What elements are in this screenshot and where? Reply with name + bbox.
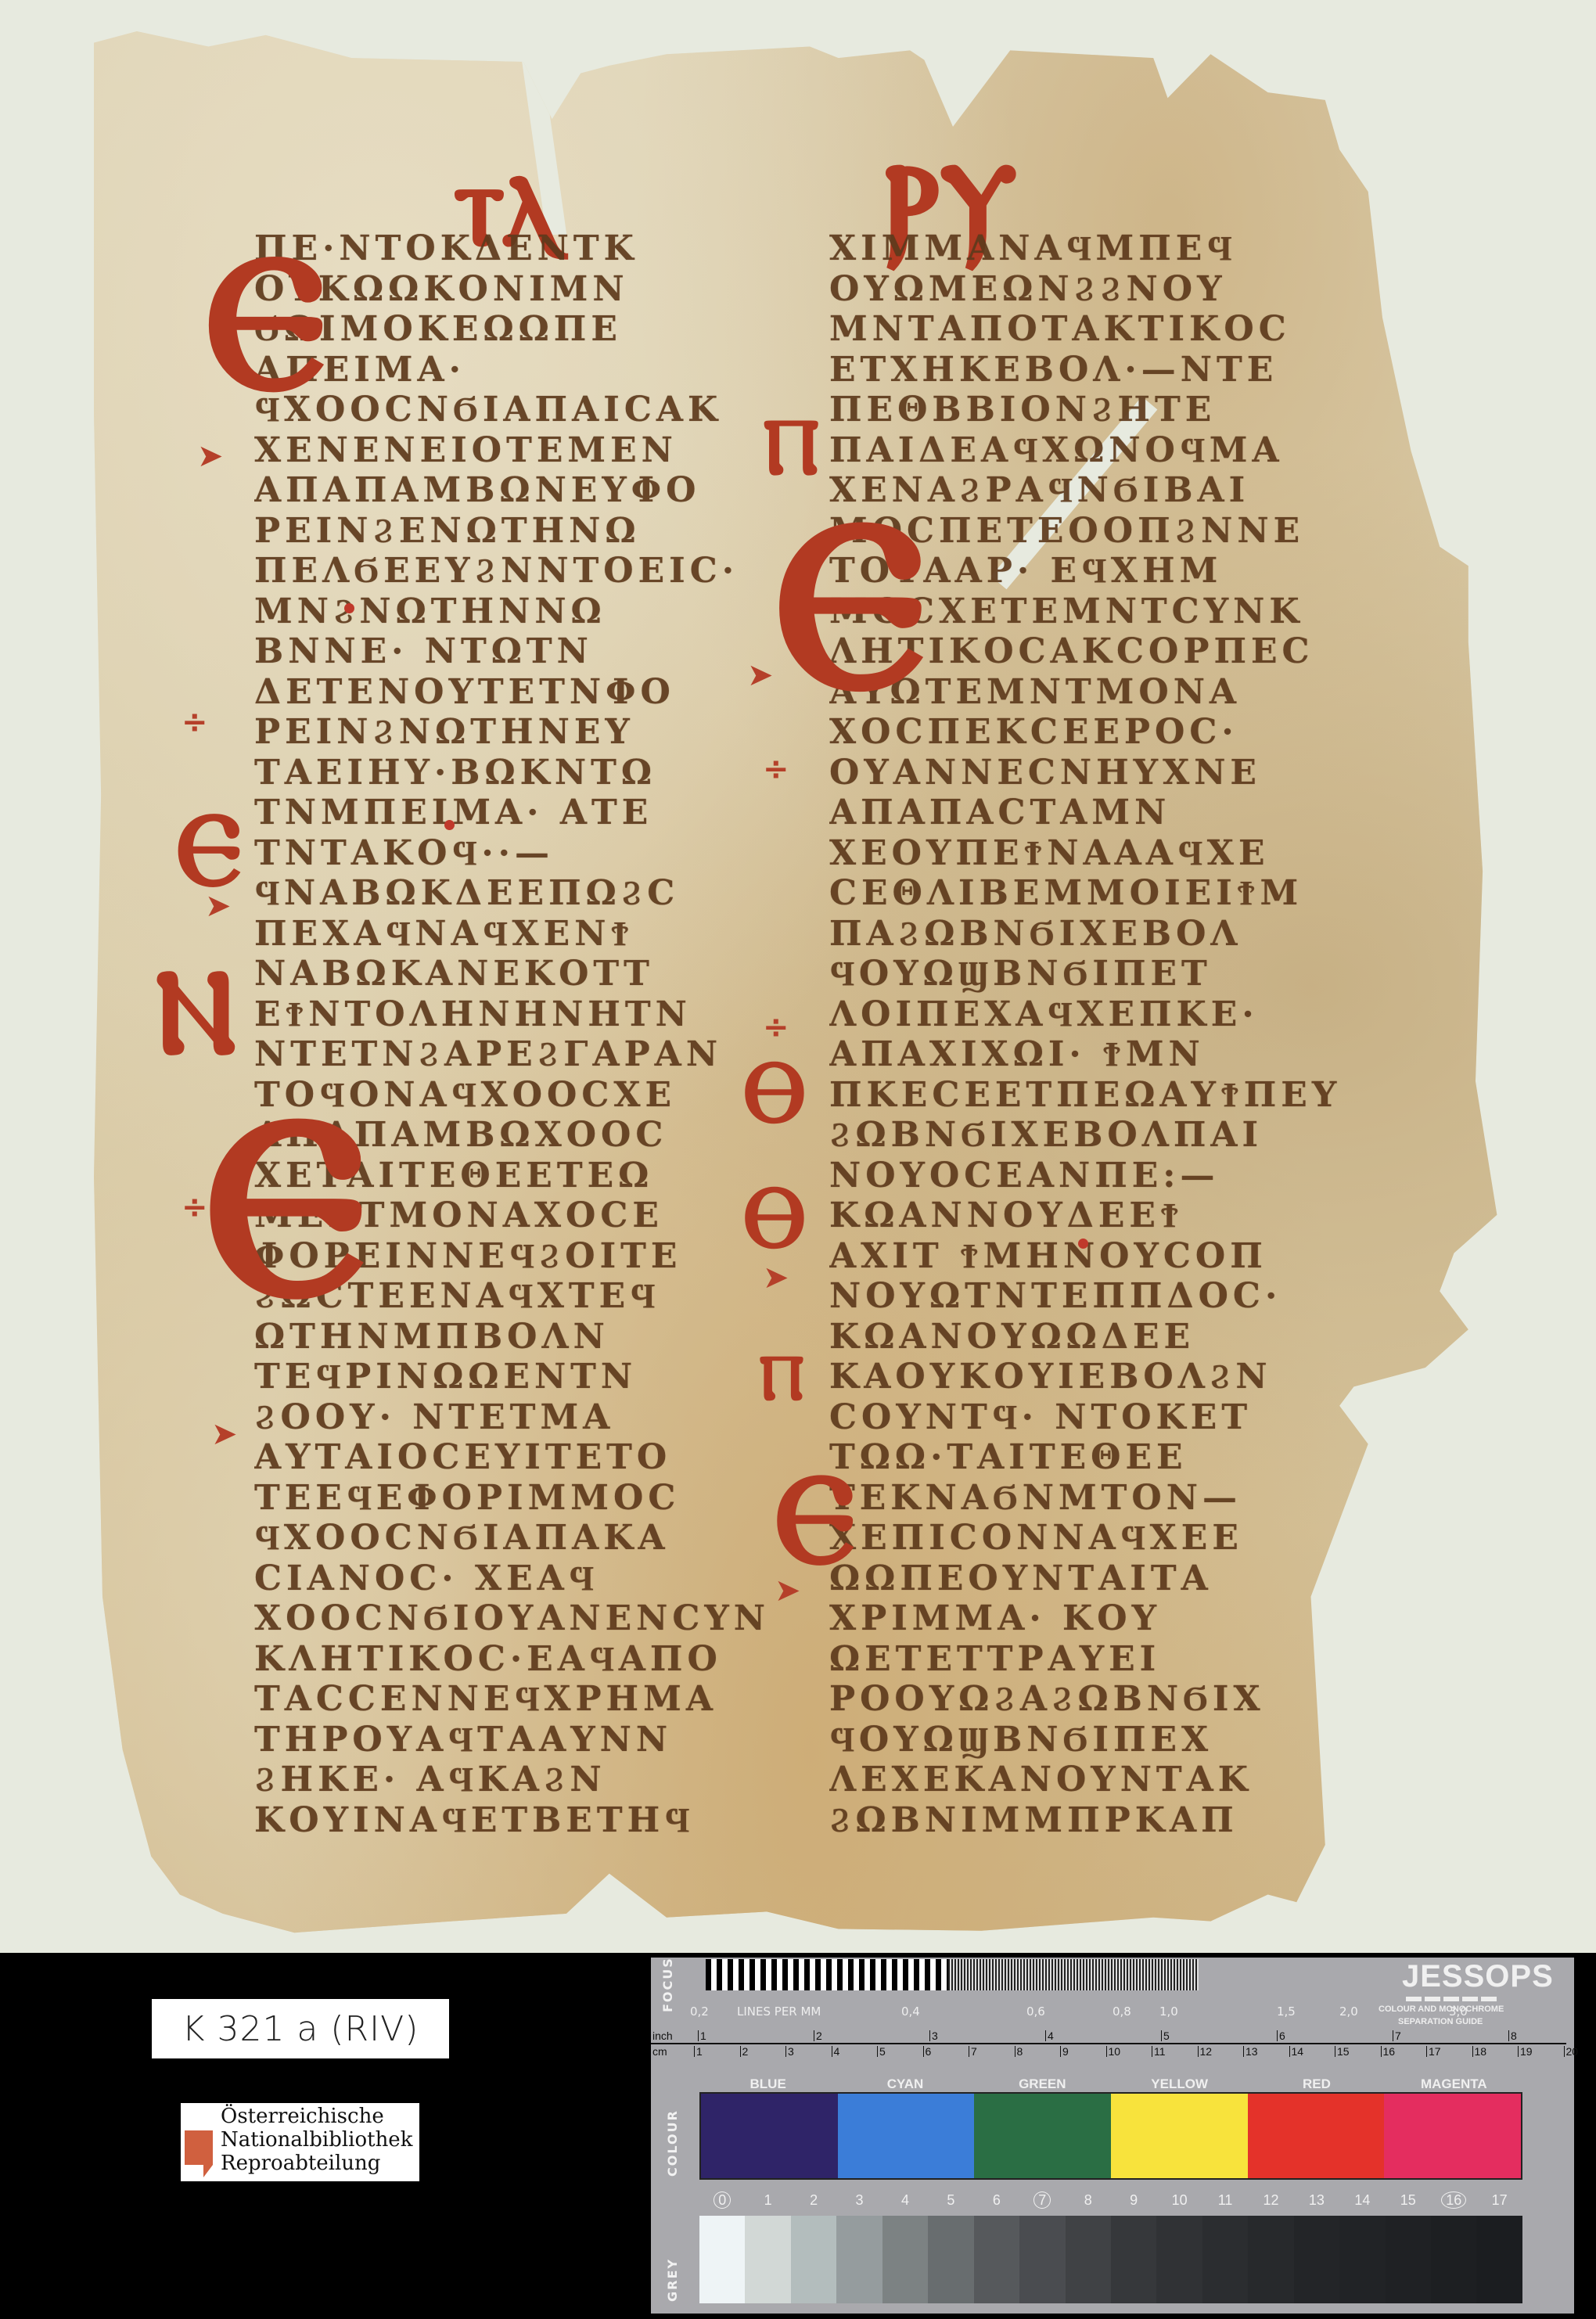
grey-step [1202, 2216, 1248, 2303]
inch-tick: 2 [814, 2030, 822, 2041]
cm-tick: 13 [1243, 2046, 1258, 2057]
manuscript-line: ϤΧΟΟϹΝϬΙΑΠΑΙϹΑΚ [254, 390, 786, 430]
grey-step-number: 17 [1492, 2192, 1508, 2208]
manuscript-line: ϤΟΥΩϢΒΝϬΙΠΕΧ [829, 1720, 1369, 1760]
cm-tick: 11 [1152, 2046, 1166, 2057]
manuscript-line: ϹΕΘΛΙΒΕΜΜΟΙΕΙϮΜ [829, 873, 1369, 914]
manuscript-line: ΟΥΚΩΩΚΟΝΙΜΝ [254, 269, 786, 310]
grey-step [1386, 2216, 1431, 2303]
colour-patch-label: RED [1248, 2076, 1385, 2092]
manuscript-line: ΕΤΧΗΚΕΒΟΛ·—ΝΤΕ [829, 350, 1369, 390]
manuscript-line: ϤΝΑΒΩΚΔΕΕΠΩϨϹ [254, 873, 786, 914]
grey-step-label: 9 [1111, 2192, 1156, 2209]
focus-tick-label: 1,5 [1277, 2004, 1296, 2019]
grey-step-label: 11 [1202, 2192, 1248, 2209]
manuscript-line: ΤΕΕϤΕΦΟΡΙΜΜΟϹ [254, 1478, 786, 1519]
manuscript-line: ΡΕΙΝϨΝΩΤΗΝΕΥ [254, 712, 786, 753]
brand-logo: JESSOPS [1402, 1959, 1554, 1994]
rubric-marker: ➤ [747, 657, 774, 693]
colour-patch-magenta [1384, 2094, 1521, 2178]
manuscript-line: ΠΚΕϹΕΕΤΠΕΩΑΥϮΠΕΥ [829, 1075, 1369, 1116]
manuscript-line: ΤΝΤΑΚΟϤ··— [254, 833, 786, 874]
manuscript-line: ΚΟΥΙΝΑϤΕΤΒΕΤΗϤ [254, 1800, 786, 1841]
grey-step-number: 3 [856, 2192, 864, 2208]
manuscript-line: ΛΕΧΕΚΑΝΟΥΝΤΑΚ [829, 1760, 1369, 1800]
colour-patch-yellow [1111, 2094, 1248, 2178]
cm-tick: 9 [1060, 2046, 1069, 2057]
manuscript-line: ΠΕΛϬΕΕΥϨΝΝΤΟΕΙϹ· [254, 551, 786, 591]
manuscript-line: ΧΕΟΥΠΕϮΝΑΑΑϤΧΕ [829, 833, 1369, 874]
grey-step-label: 2 [791, 2192, 836, 2209]
grey-step-label: 16 [1431, 2192, 1476, 2209]
rubric-marker: ÷ [182, 1189, 208, 1225]
grey-step-number: 4 [901, 2192, 909, 2208]
shelfmark-text: K 321 a (RIV) [182, 2009, 419, 2049]
focus-tick-label: 0,8 [1113, 2004, 1131, 2019]
grey-step [1431, 2216, 1476, 2303]
manuscript-line: ΚΩΑΝΝΟΥΔΕΕϮ [829, 1195, 1369, 1236]
manuscript-line: ϬΩΙΜΟΚΕΩΩΠΕ [254, 309, 786, 350]
grey-step [745, 2216, 790, 2303]
manuscript-line: ΑΠΕΙΜΑ· [254, 350, 786, 390]
initial-2: Ⲉ [176, 798, 242, 900]
rubric-marker: ÷ [763, 1009, 789, 1045]
library-name: Österreichische Nationalbibliothek Repro… [221, 2105, 412, 2175]
grey-step-number: 10 [1172, 2192, 1188, 2208]
rubric-marker: ÷ [763, 751, 789, 787]
manuscript-line: ΕϮΝΤΟΛΗΝΗΝΗΤΝ [254, 994, 786, 1035]
colour-patch-green [974, 2094, 1111, 2178]
manuscript-line: ΤΕΚΝΑϬΝΜΤΟΝ— [829, 1478, 1369, 1519]
colour-patches [699, 2092, 1522, 2180]
grey-step-label: 10 [1156, 2192, 1202, 2209]
brand-subtitle-1: COLOUR AND MONOCHROME [1379, 2004, 1504, 2014]
initial-6: Ⲉ [775, 485, 926, 720]
rubric-marker: ➤ [211, 1416, 238, 1452]
inch-tick: 3 [929, 2030, 938, 2041]
grey-step [1294, 2216, 1339, 2303]
cm-label: cm [651, 2046, 667, 2057]
cm-tick: 3 [785, 2046, 794, 2057]
focus-tick-label: 1,0 [1159, 2004, 1178, 2019]
cm-tick: 7 [969, 2046, 977, 2057]
grey-step [928, 2216, 973, 2303]
inch-tick: 6 [1277, 2030, 1285, 2041]
ruler-line [651, 2043, 1566, 2044]
inch-tick: 5 [1161, 2030, 1170, 2041]
manuscript-line: ΤΑΕΙΗΥ·ΒΩΚΝΤΩ [254, 753, 786, 793]
initial-9: Ⲡ [759, 1346, 804, 1408]
library-logo-icon [185, 2130, 213, 2177]
grey-step-number: 2 [810, 2192, 818, 2208]
grey-step [1019, 2216, 1065, 2303]
grey-step-label: 8 [1066, 2192, 1111, 2209]
shelfmark-label: K 321 a (RIV) [152, 1999, 449, 2058]
grey-step-number: 1 [764, 2192, 772, 2208]
manuscript-line: ΑΠΑΠΑϹΤΑΜΝ [829, 793, 1369, 833]
cm-tick: 19 [1518, 2046, 1533, 2057]
cm-tick: 10 [1106, 2046, 1121, 2057]
library-name-line3: Reproabteilung [221, 2152, 412, 2175]
manuscript-line: ϨΩΒΝϬΙΧΕΒΟΛΠΑΙ [829, 1115, 1369, 1156]
grey-step-labels: 01234567891011121314151617 [699, 2192, 1522, 2209]
grey-step [791, 2216, 836, 2303]
manuscript-line: ΜΝϨΝΩΤΗΝΝΩ [254, 591, 786, 632]
manuscript-line: ΧΟΟϹΝϬΙΟΥΑΝΕΝϹΥΝ [254, 1598, 786, 1639]
library-name-line2: Nationalbibliothek [221, 2128, 412, 2152]
inch-tick: 4 [1045, 2030, 1054, 2041]
cm-tick: 12 [1198, 2046, 1213, 2057]
manuscript-line: ϹΙΑΝΟϹ· ΧΕΑϤ [254, 1559, 786, 1599]
inch-tick: 1 [698, 2030, 706, 2041]
cm-tick: 16 [1381, 2046, 1396, 2057]
grey-step-label: 4 [882, 2192, 928, 2209]
grey-scale [699, 2216, 1522, 2303]
manuscript-line: ΡΟΟΥΩϨΑϨΩΒΝϬΙΧ [829, 1679, 1369, 1720]
grey-step [1476, 2216, 1522, 2303]
manuscript-line: ΡΕΙΝϨΕΝΩΤΗΝΩ [254, 511, 786, 552]
colour-patch-red [1248, 2094, 1385, 2178]
cm-tick: 1 [694, 2046, 703, 2057]
manuscript-line: ΜΝΤΑΠΟΤΑΚΤΙΚΟϹ [829, 309, 1369, 350]
measurement-ruler: inch12345678cm 1234567891011121314151617… [651, 2032, 1574, 2063]
manuscript-line: ΤΩΩ·ΤΑΙΤΕΘΕΕ [829, 1437, 1369, 1478]
grey-step-label: 13 [1294, 2192, 1339, 2209]
colour-patch-label: CYAN [836, 2076, 973, 2092]
rubric-marker: ÷ [182, 704, 208, 740]
manuscript-line: ΛΟΙΠΕΧΑϤΧΕΠΚΕ· [829, 994, 1369, 1035]
grey-step-label: 3 [836, 2192, 882, 2209]
grey-step [1066, 2216, 1111, 2303]
cm-tick: 18 [1472, 2046, 1487, 2057]
grey-step [1339, 2216, 1385, 2303]
grey-label: GREY [665, 2258, 680, 2302]
cm-tick: 15 [1335, 2046, 1350, 2057]
inch-tick: 7 [1393, 2030, 1401, 2041]
manuscript-line: ΚΩΑΝΟΥΩΩΔΕΕ [829, 1317, 1369, 1357]
colour-patch-label: YELLOW [1111, 2076, 1248, 2092]
focus-tick-label: 0,4 [901, 2004, 920, 2019]
grey-step [882, 2216, 928, 2303]
grey-step-number: 5 [947, 2192, 954, 2208]
grey-step-number: 12 [1263, 2192, 1278, 2208]
rubric-marker: ➤ [763, 1260, 789, 1296]
manuscript-line: ΑΠΑΠΑΜΒΩΝΕΥΦΟ [254, 470, 786, 511]
manuscript-line: ΠΕΘΒΒΙΟΝϨΗΤΕ [829, 390, 1369, 430]
grey-step-number: 9 [1130, 2192, 1138, 2208]
manuscript-line: ΑΧΙΤ ϮΜΗΝΟΥϹΟΠ [829, 1236, 1369, 1277]
grey-step-number: 8 [1084, 2192, 1092, 2208]
initial-4: Ⲉ [205, 1080, 367, 1330]
rubric-marker: ➤ [775, 1573, 801, 1609]
grey-step [699, 2216, 745, 2303]
manuscript-line: ΤΑϹϹΕΝΝΕϤΧΡΗΜΑ [254, 1679, 786, 1720]
colour-patch-label: BLUE [699, 2076, 836, 2092]
manuscript-line: ϹΟΥΝΤϤ· ΝΤΟΚΕΤ [829, 1397, 1369, 1438]
initial-10: Ⲉ [775, 1455, 856, 1580]
grey-step-label: 6 [974, 2192, 1019, 2209]
manuscript-line: ΠΕΧΑϤΝΑϤΧΕΝϮ [254, 914, 786, 955]
rubric-marker: ➤ [205, 888, 232, 924]
manuscript-line: ΔΕΤΕΝΟΥΤΕΤΝΦΟ [254, 672, 786, 713]
manuscript-line: ΚΑΟΥΚΟΥΙΕΒΟΛϨΝ [829, 1357, 1369, 1397]
manuscript-line: ΤΝΜΠΕΙΜΑ· ΑΤΕ [254, 793, 786, 833]
grey-step-label: 15 [1386, 2192, 1431, 2209]
manuscript-line: ϨΟΟΥ· ΝΤΕΤΜΑ [254, 1397, 786, 1438]
manuscript-line: ΠΕ·ΝΤΟΚΔΕΝΤΚ [254, 228, 786, 269]
rubric-dot [344, 603, 354, 613]
manuscript-line: ΩΕΤΕΤΤΡΑΥΕΙ [829, 1639, 1369, 1680]
initial-7: Ⲑ [743, 1048, 806, 1134]
manuscript-line: ΟΥΩΜΕΩΝϨϨΝΟΥ [829, 269, 1369, 310]
initial-1: Ⲉ [205, 227, 326, 415]
manuscript-line: ΤΕϤΡΙΝΩΩΕΝΤΝ [254, 1357, 786, 1397]
rubric-dot [444, 820, 455, 830]
manuscript-line: ΧΙΜΜΑΝΑϤΜΠΕϤ [829, 228, 1369, 269]
inch-tick: 8 [1508, 2030, 1517, 2041]
manuscript-line: ΠΑϨΩΒΝϬΙΧΕΒΟΛ [829, 914, 1369, 955]
rubric-dot [1078, 1239, 1088, 1249]
grey-step-label: 12 [1248, 2192, 1293, 2209]
grey-step-number: 0 [714, 2191, 731, 2209]
grey-step-number: 11 [1218, 2192, 1233, 2208]
cm-tick: 6 [923, 2046, 932, 2057]
initial-3: Ⲛ [155, 953, 237, 1070]
manuscript-line: ϤΟΥΩϢΒΝϬΙΠΕΤ [829, 954, 1369, 994]
cm-tick: 14 [1289, 2046, 1304, 2057]
grey-step-number: 16 [1441, 2191, 1466, 2209]
cm-tick: 2 [740, 2046, 749, 2057]
manuscript-line: ΤΗΡΟΥΑϤΤΑΑΥΝΝ [254, 1720, 786, 1760]
text-column-left: ΠΕ·ΝΤΟΚΔΕΝΤΚΟΥΚΩΩΚΟΝΙΜΝϬΩΙΜΟΚΕΩΩΠΕΑΠΕΙΜΑ… [254, 228, 786, 1840]
manuscript-line: ϨΩΒΝΙΜΜΠΡΚΑΠ [829, 1800, 1369, 1841]
manuscript-line: ΑΠΑΧΙΧΩΙ· ϮΜΝ [829, 1034, 1369, 1075]
grey-step [836, 2216, 882, 2303]
manuscript-line: ΝΟΥΩΤΝΤΕΠΠΔΟϹ· [829, 1276, 1369, 1317]
cm-tick: 17 [1426, 2046, 1441, 2057]
manuscript-line: ΧΕΝΕΝΕΙΟΤΕΜΕΝ [254, 430, 786, 471]
grey-step-number: 14 [1354, 2192, 1370, 2208]
manuscript-line: ϨΗΚΕ· ΑϤΚΑϨΝ [254, 1760, 786, 1800]
colour-patch-blue [701, 2094, 838, 2178]
manuscript-line: ΧΡΙΜΜΑ· ΚΟΥ [829, 1598, 1369, 1639]
library-logo-card: Österreichische Nationalbibliothek Repro… [181, 2103, 419, 2181]
grey-step [1248, 2216, 1293, 2303]
grey-step-number: 7 [1033, 2191, 1051, 2209]
colour-patch-labels: BLUECYANGREENYELLOWREDMAGENTA [699, 2076, 1522, 2092]
grey-step [974, 2216, 1019, 2303]
grey-step-label: 17 [1476, 2192, 1522, 2209]
grey-step-number: 15 [1400, 2192, 1416, 2208]
focus-tick-label: 0,2 [690, 2004, 709, 2019]
library-name-line1: Österreichische [221, 2105, 412, 2128]
initial-8: Ⲑ [743, 1174, 806, 1260]
cm-tick: 4 [832, 2046, 840, 2057]
focus-tick-label: 2,0 [1339, 2004, 1358, 2019]
lines-per-mm-label: LINES PER MM [737, 2004, 821, 2019]
cm-tick: 8 [1015, 2046, 1023, 2057]
brand-underline [1406, 1997, 1500, 2001]
cm-tick: 5 [877, 2046, 886, 2057]
grey-step-number: 6 [993, 2192, 1001, 2208]
focus-label: FOCUS [660, 1957, 675, 2012]
colour-label: COLOUR [665, 2109, 680, 2177]
manuscript-line: ΝΟΥΟϹΕΑΝΠΕ:— [829, 1156, 1369, 1196]
colour-patch-label: MAGENTA [1386, 2076, 1522, 2092]
manuscript-line: ΒΝΝΕ· ΝΤΩΤΝ [254, 631, 786, 672]
cm-tick: 20 [1564, 2046, 1579, 2057]
grey-step-label: 14 [1339, 2192, 1385, 2209]
grey-step-label: 7 [1019, 2192, 1065, 2209]
focus-tick-label: 0,6 [1026, 2004, 1045, 2019]
manuscript-line: ΚΛΗΤΙΚΟϹ·ΕΑϤΑΠΟ [254, 1639, 786, 1680]
colour-patch-cyan [838, 2094, 975, 2178]
manuscript-line: ΑΥΤΑΙΟϹΕΥΙΤΕΤΟ [254, 1437, 786, 1478]
manuscript-line: ΝΑΒΩΚΑΝΕΚΟΤΤ [254, 954, 786, 994]
grey-step-number: 13 [1309, 2192, 1325, 2208]
manuscript-line: ΧΕΠΙϹΟΝΝΑϤΧΕΕ [829, 1518, 1369, 1559]
manuscript-line: ΟΥΑΝΝΕϹΝΗΥΧΝΕ [829, 753, 1369, 793]
colour-patch-label: GREEN [974, 2076, 1111, 2092]
manuscript-line: ϤΧΟΟϹΝϬΙΑΠΑΚΑ [254, 1518, 786, 1559]
grey-step-label: 1 [745, 2192, 790, 2209]
grey-step-label: 5 [928, 2192, 973, 2209]
grey-step [1156, 2216, 1202, 2303]
inch-label: inch [651, 2030, 673, 2041]
grey-step-label: 0 [699, 2192, 745, 2209]
brand-subtitle-2: SEPARATION GUIDE [1398, 2017, 1483, 2026]
grey-step [1111, 2216, 1156, 2303]
focus-resolution-bars-fine [948, 1959, 1199, 1990]
rubric-marker: ➤ [197, 438, 224, 474]
colour-calibration-target: FOCUS 0,20,40,60,81,01,52,03,0 LINES PER… [651, 1958, 1574, 2314]
manuscript-line: ΩΩΠΕΟΥΝΤΑΙΤΑ [829, 1559, 1369, 1599]
